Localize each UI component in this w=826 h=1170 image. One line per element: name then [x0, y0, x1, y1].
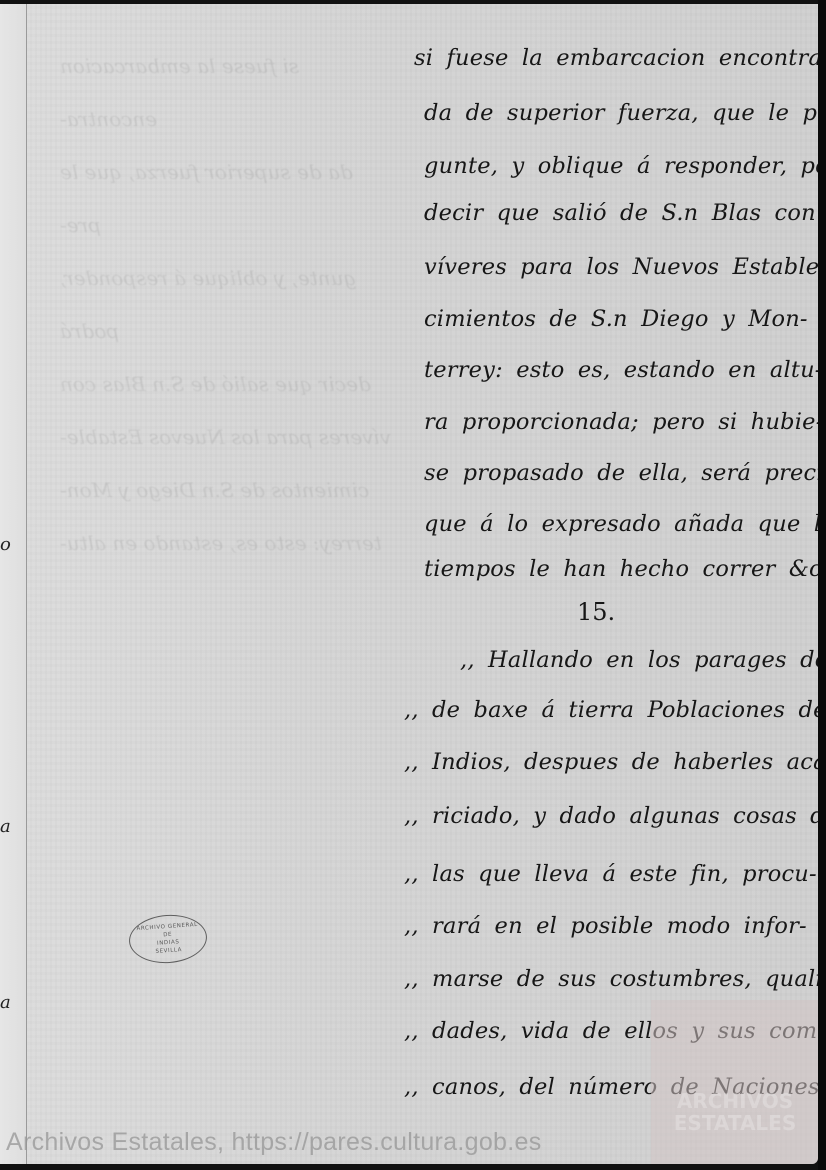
bleed-line: gunte, y oblique á responder, podrá [60, 252, 400, 358]
manuscript-line: si fuese la embarcacion encontra- [414, 45, 826, 71]
manuscript-line: víveres para los Nuevos Estable- [424, 254, 826, 280]
section-line: ,, las que lleva á este fin, procu- [404, 861, 817, 887]
facing-page-edge: o a a [0, 4, 27, 1164]
section-line: ,, rará en el posible modo infor- [404, 913, 807, 939]
source-watermark: Archivos Estatales, https://pares.cultur… [6, 1128, 542, 1157]
section-line: ,, marse de sus costumbres, quali- [404, 966, 826, 992]
archive-logo-text: ARCHIVOS ESTATALES [660, 1090, 810, 1134]
bleed-line: decir que salió de S.n Blas con [60, 358, 400, 411]
manuscript-line: decir que salió de S.n Blas con [424, 200, 816, 226]
manuscript-line: terrey: esto es, estando en altu- [424, 357, 823, 383]
manuscript-line: cimientos de S.n Diego y Mon- [424, 306, 808, 332]
section-line: ,, Indios, despues de haberles aca- [404, 749, 826, 775]
manuscript-line: ra proporcionada; pero si hubie- [424, 409, 824, 435]
manuscript-line: se propasado de ella, será preciso [424, 460, 826, 486]
manuscript-line: da de superior fuerza, que le pre- [424, 100, 826, 126]
archive-logo-watermark [651, 1000, 818, 1164]
manuscript-line: gunte, y oblique á responder, podrá [424, 153, 826, 179]
manuscript-line: tiempos le han hecho correr &c.a [424, 556, 826, 582]
stamp-line: SEVILLA [155, 946, 182, 956]
bleed-line: da de superior fuerza, que le pre- [60, 146, 400, 252]
bleed-through-text: si fuese la embarcacion encontra- da de … [60, 40, 400, 1080]
scan-bottom-edge [0, 1164, 826, 1170]
section-line: ,, de baxe á tierra Poblaciones de [404, 697, 826, 723]
manuscript-line: que á lo expresado añada que los [424, 511, 826, 537]
section-number: 15. [577, 598, 615, 626]
bleed-line: víveres para los Nuevos Estable- [60, 411, 400, 464]
margin-mark: a [0, 816, 11, 837]
margin-mark: a [0, 992, 11, 1013]
section-line: ,, riciado, y dado algunas cosas de [404, 803, 826, 829]
scan-right-edge [818, 0, 826, 1170]
bleed-line: si fuese la embarcacion encontra- [60, 40, 400, 146]
margin-mark: o [0, 534, 11, 555]
section-line: ,, Hallando en los parages don- [460, 647, 826, 673]
bleed-line: terrey: esto es, estando en altu- [60, 517, 400, 570]
bleed-line: cimientos de S.n Diego y Mon- [60, 464, 400, 517]
